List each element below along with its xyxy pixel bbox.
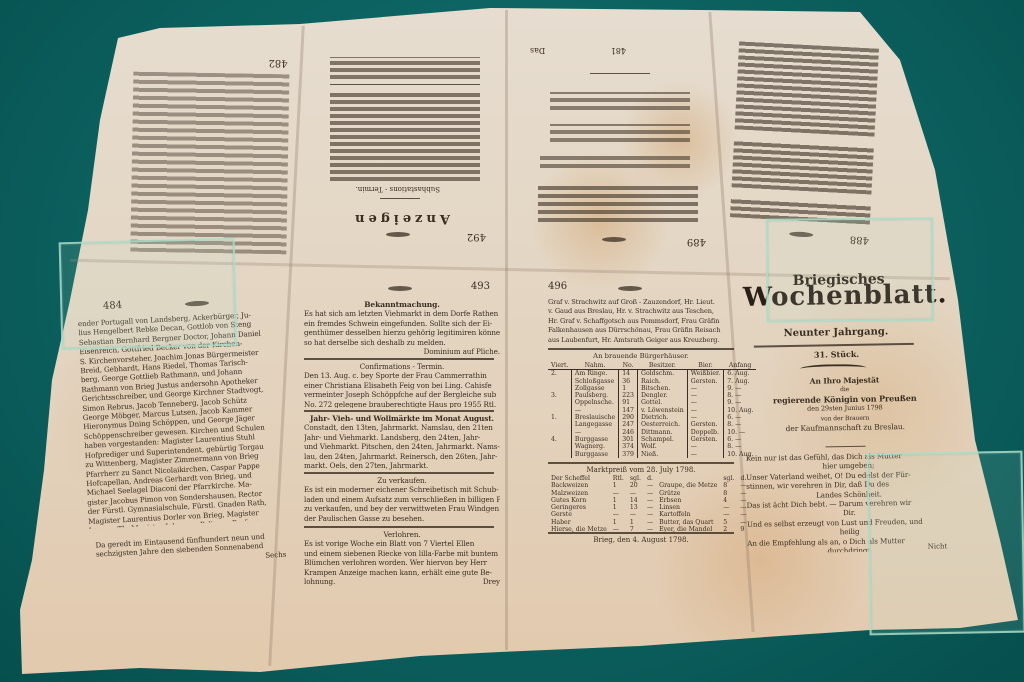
page-496: 496 Graf v. Strachwitz auf Groß - Zauzen… [548,282,738,562]
closing-text: Da geredt im Eintausend fünfhundert neun… [95,531,287,581]
dedication: An Ihro Majestät die regierende Königin … [744,374,945,445]
blackletter-text [330,57,480,79]
page-number: 496 [548,282,567,291]
subheading: Subhastations - Termin. [356,184,440,193]
table-row: Oppelnsche.91Gottel.—9. — [548,399,756,406]
divider [548,532,734,534]
table-row: —246Dittmann.Doppelb.10. — [548,429,756,436]
header-page-number: 481 [611,46,626,55]
ornament [618,286,642,291]
page-number: 489 [687,237,706,246]
table-header-row: Viert. Nahm. No. Besitzer. Bier. Anfang [548,362,756,370]
page-number: 482 [268,58,287,67]
brewing-table-title: An brauende Bürgerhäuser. [548,352,734,361]
dateline: Brieg, den 4. August 1798. [548,536,734,545]
divider [330,84,480,85]
page-492: 492 Anzeigen Subhastations - Termin. [310,55,490,245]
ornament [388,286,412,291]
left-glass-plate [59,238,238,351]
page-number: 492 [467,232,486,241]
vertical-fold-center [505,10,508,650]
table-row: Wagnerg.374Wolf.—8. — [548,443,756,450]
table-row: Gerste———Kartoffeln—— [548,511,750,518]
ornament [602,237,626,242]
blackletter-text [330,91,480,181]
catchword: Das [530,46,545,55]
table-row: Backweizen120—Graupe, die Metze8— [548,482,750,489]
notice-lost: Verlohren. Es ist vorige Woche ein Blatt… [304,530,500,588]
table-row: Burggasse379Nieß.—10. Aug. [548,451,756,458]
table-row: 2.Am Ringe.14Goldschm.Weißbier.6. Aug. [548,370,756,378]
ornament [386,232,410,237]
table-row: Malzweizen———Grütze8— [548,490,750,497]
table-row: —147v. Löwenstein—10. Aug. [548,407,756,414]
poem-stanza [538,184,698,222]
divider [548,348,734,350]
market-price-table: Der Scheffel Rtl. sgl. d. sgl. d. Backwe… [548,475,750,533]
market-price-title: Marktpreiß vom 28. July 1798. [548,466,734,475]
table-header-row: Der Scheffel Rtl. sgl. d. sgl. d. [548,475,750,482]
notice-confirmations-termin: Confirmations - Termin. Den 13. Aug. c. … [304,362,500,408]
divider [304,526,494,528]
notice-markets-august: Jahr- Vieh- und Wollmärkte im Monat Augu… [304,414,500,470]
page-number: 493 [471,282,490,291]
table-row: Gutes Korn114—Erbsen4— [548,497,750,504]
page-489: 489 481 Das [520,40,710,250]
table-row: Haber11—Butter, das Quart5— [548,519,750,526]
visitors-list: Graf v. Strachwitz auf Groß - Zauzendorf… [548,298,738,346]
table-row: Schloßgasse36Raich.Gersten.7. Aug. [548,378,756,385]
blackletter-text [130,72,289,255]
notice-for-sale: Zu verkaufen. Es ist ein moderner eichen… [304,476,500,524]
page-493: 493 Bekanntmachung. Es hat sich am letzt… [300,282,500,582]
divider [304,358,494,360]
table-row: 1.Breslauische290Dietrich.—6. — [548,414,756,421]
page-482: 482 [128,54,291,257]
divider [826,446,866,448]
table-row: Geringeres113—Linsen—— [548,504,750,511]
newspaper-sheet: 482 492 Anzeigen Subhastations - Termin.… [0,0,1024,682]
divider [304,472,494,474]
table-row: Zollgasse1Bitschen.—9. — [548,385,756,392]
divider [590,73,650,74]
poem-stanza [550,92,690,110]
divider [380,198,420,199]
right-lower-glass-plate [866,451,1024,636]
table-row: 4.Burggasse301Schampel.Gersten.6. — [548,436,756,443]
blackletter-text [732,139,874,194]
poem-stanza [540,156,690,168]
blackletter-text [735,41,879,136]
volume-label: Neunter Jahrgang. [784,327,889,338]
table-row: 3.Paulsberg.223Dengler.—8. — [548,392,756,399]
scroll-ornament [800,364,866,373]
issue-number: 31. Stück. [814,350,859,360]
page-488: 488 [725,36,886,249]
right-upper-glass-plate [766,217,935,322]
divider [304,410,494,412]
divider [548,462,734,464]
table-row: Langegasse247Oesterreich.Gersten.8. — [548,421,756,428]
section-heading: Anzeigen [351,214,450,223]
notice-bekanntmachung: Bekanntmachung. Es hat sich am letzten V… [304,300,500,354]
poem-stanza [550,124,690,142]
brewing-houses-table: Viert. Nahm. No. Besitzer. Bier. Anfang … [548,362,756,458]
masthead-rule [754,343,914,348]
